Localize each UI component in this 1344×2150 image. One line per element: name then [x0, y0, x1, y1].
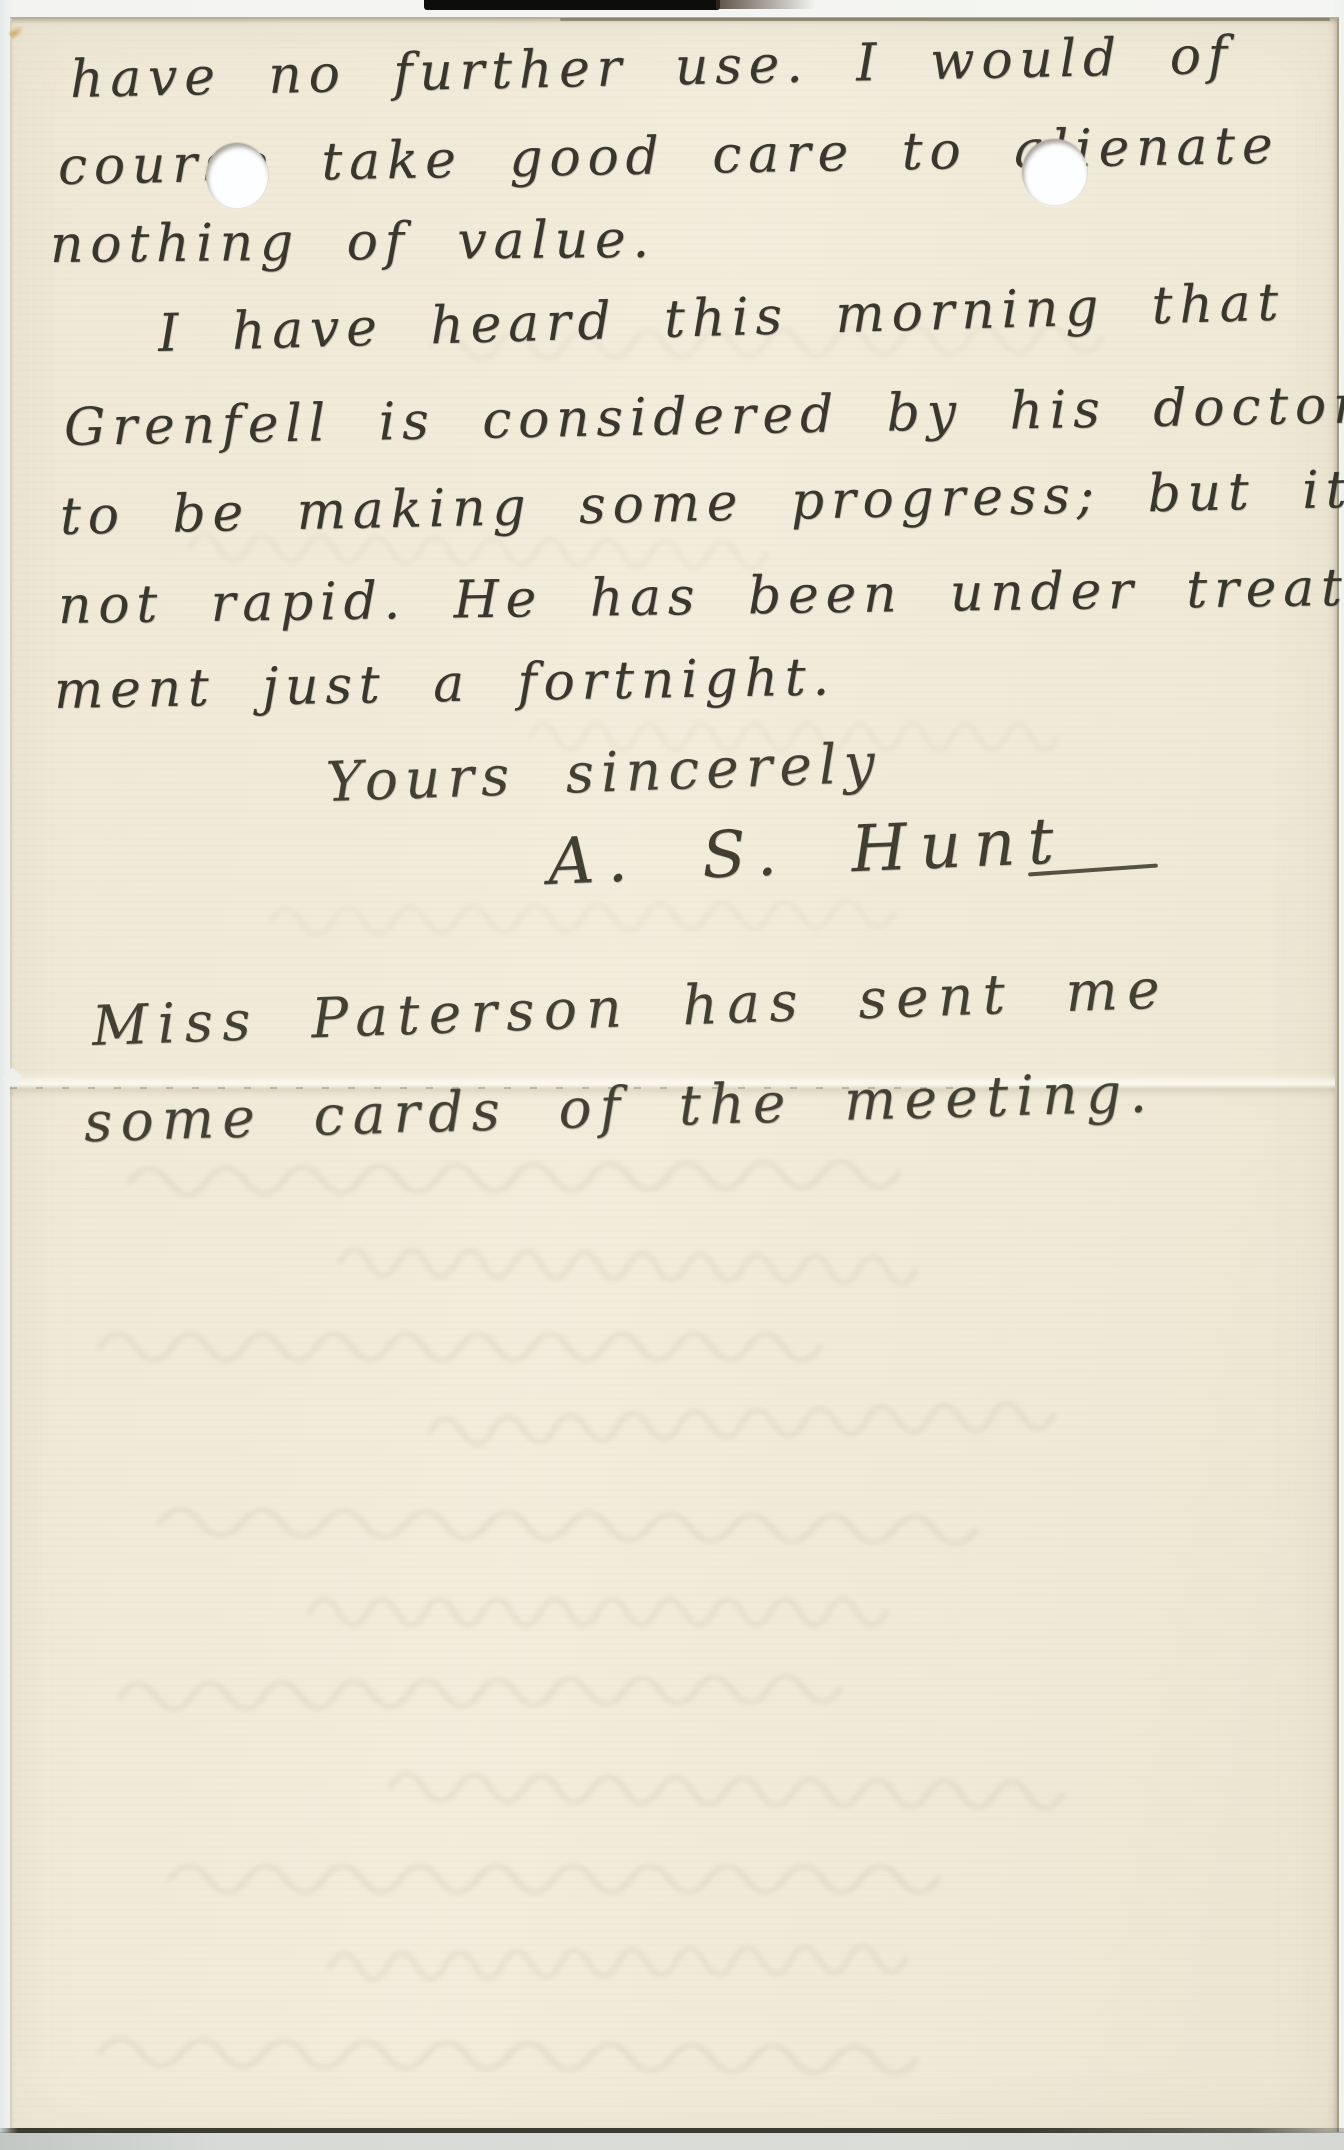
scanned-letter-page: have no further use. I would of course t… [0, 0, 1344, 2150]
hole-punch-right [1022, 139, 1087, 205]
handwritten-line-3: nothing of value. [50, 210, 656, 275]
paper-bottom-edge [0, 2128, 1344, 2133]
scanner-top-bar [424, 0, 720, 10]
scanner-top-bar-fade [716, 0, 816, 9]
hole-punch-left [206, 143, 268, 208]
scan-area-below-paper [0, 2132, 1344, 2150]
